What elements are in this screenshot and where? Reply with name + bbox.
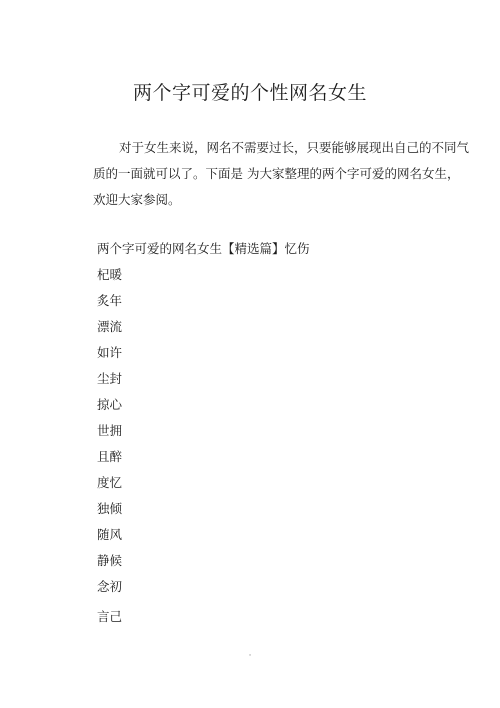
list-item: 世拥 bbox=[97, 418, 310, 444]
name-list: 两个字可爱的网名女生【精选篇】忆伤 杞暖 炙年 漂流 如许 尘封 掠心 世拥 且… bbox=[97, 236, 310, 630]
list-item: 如许 bbox=[97, 340, 310, 366]
section-heading: 两个字可爱的网名女生【精选篇】忆伤 bbox=[97, 236, 310, 262]
list-item: 炙年 bbox=[97, 288, 310, 314]
intro-line: 欢迎大家参阅。 bbox=[93, 187, 423, 213]
page-number: · bbox=[245, 651, 255, 665]
list-item: 言己 bbox=[97, 604, 310, 630]
intro-line: 质的一面就可以了。下面是 为大家整理的两个字可爱的网名女生， bbox=[93, 161, 423, 187]
list-item: 度忆 bbox=[97, 470, 310, 496]
intro-line: 对于女生来说，网名不需要过长，只要能够展现出自己的不同气 bbox=[93, 135, 423, 161]
list-item: 尘封 bbox=[97, 366, 310, 392]
list-item: 且醉 bbox=[97, 444, 310, 470]
list-item: 漂流 bbox=[97, 314, 310, 340]
list-item: 静候 bbox=[97, 548, 310, 574]
list-item: 独倾 bbox=[97, 496, 310, 522]
document-title: 两个字可爱的个性网名女生 bbox=[0, 78, 500, 105]
list-item: 念初 bbox=[97, 574, 310, 600]
list-item: 掠心 bbox=[97, 392, 310, 418]
list-item: 随风 bbox=[97, 522, 310, 548]
intro-paragraph: 对于女生来说，网名不需要过长，只要能够展现出自己的不同气 质的一面就可以了。下面… bbox=[93, 135, 423, 213]
list-item: 杞暖 bbox=[97, 262, 310, 288]
